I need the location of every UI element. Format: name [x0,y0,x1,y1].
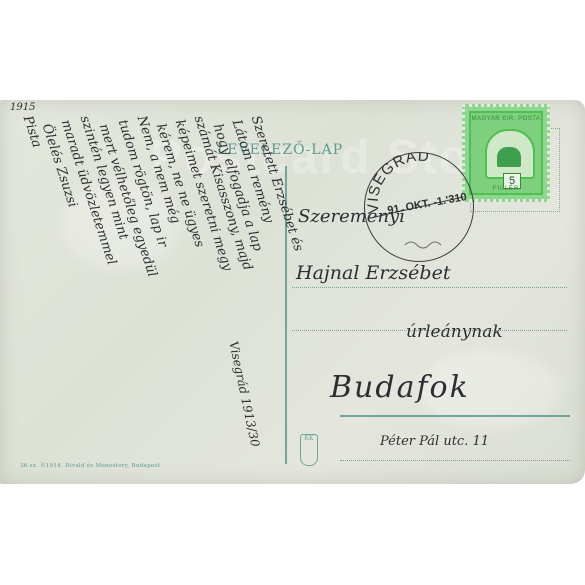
postage-stamp: MAGYAR KIR. POSTA 5 FILLÉR [462,104,550,202]
publisher-emblem-icon: KK [300,434,318,466]
address-line-4: Budafok [330,370,470,405]
address-line-3: úrleánynak [406,322,503,342]
stamp-country: MAGYAR KIR. POSTA [471,116,541,122]
postcard: Postcard Stock 1915 LEVELEZŐ-LAP Szerete… [0,100,585,484]
stamp-frame: MAGYAR KIR. POSTA 5 FILLÉR [469,111,543,195]
address-rule [340,460,570,461]
emblem-label: KK [305,435,314,442]
publisher-line: 36 sz. ©1914. Divald és Monostory, Budap… [20,463,160,469]
address-line-5: Péter Pál utc. 11 [380,434,489,449]
address-line-1: Szeremenyi [298,206,405,227]
address-rule [292,287,567,288]
year-note: 1915 [10,102,35,113]
message-place-date: Visegrád 1913/30 [226,340,262,448]
address-line-2: Hajnal Erzsébet [296,262,450,284]
address-rule [340,415,570,417]
crown-icon [497,147,521,167]
stamp-denomination: FILLÉR [471,186,541,192]
